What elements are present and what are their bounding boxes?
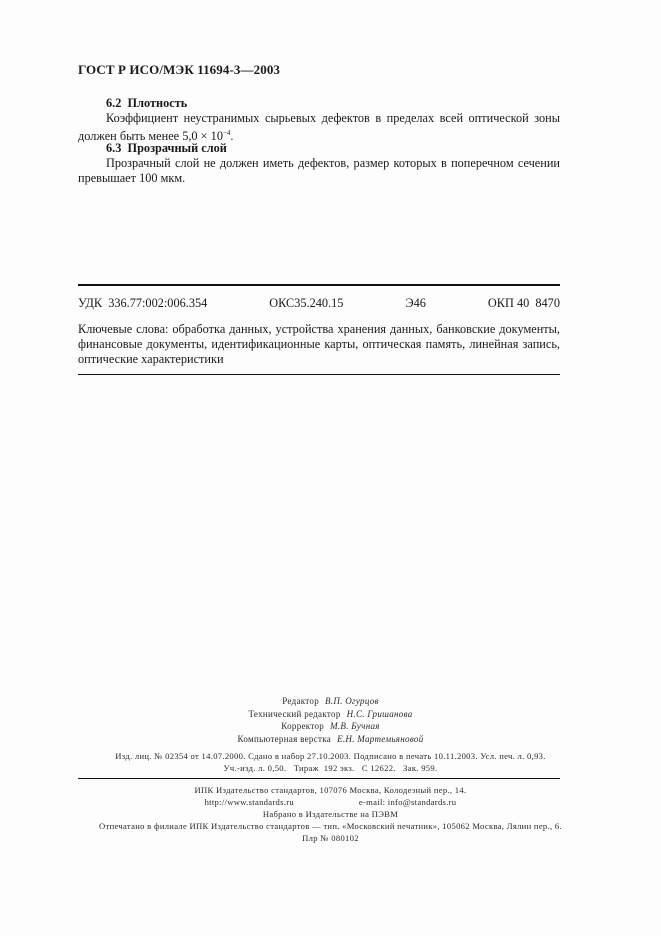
credit-role: Корректор (281, 721, 324, 731)
publisher-email[interactable]: e-mail: info@standards.ru (359, 797, 457, 807)
publisher-address: ИПК Издательство стандартов, 107076 Моск… (0, 784, 661, 796)
section-6-3-heading: 6.3 Прозрачный слой (78, 141, 560, 156)
udk-code: УДК 336.77:002:006.354 (78, 296, 207, 311)
credit-role: Редактор (282, 696, 319, 706)
oks-code: ОКС35.240.15 (269, 296, 343, 311)
publication-details: Изд. лиц. № 02354 от 14.07.2000. Сдано в… (0, 750, 661, 774)
credit-name: М.В. Бучная (330, 721, 380, 731)
publisher-url[interactable]: http://www.standards.ru (205, 797, 294, 807)
credit-name: Е.Н. Мартемьяновой (337, 734, 423, 744)
publisher-printed: Отпечатано в филиале ИПК Издательство ст… (0, 820, 661, 832)
publication-line-2: Уч.-изд. л. 0,50. Тираж 192 экз. С 12622… (0, 762, 661, 774)
divider-keywords (78, 374, 560, 375)
divider-imprint (78, 778, 560, 779)
e-code: Э46 (405, 296, 425, 311)
publisher-block: ИПК Издательство стандартов, 107076 Моск… (0, 784, 661, 844)
credit-name: Н.С. Гришанова (347, 709, 413, 719)
paragraph-text: Коэффициент неустранимых сырьевых дефект… (78, 111, 560, 143)
section-number: 6.3 (106, 141, 121, 155)
credit-editor: РедакторВ.П. Огурцов (0, 695, 661, 708)
section-6-2-paragraph: Коэффициент неустранимых сырьевых дефект… (78, 111, 560, 144)
classification-row: УДК 336.77:002:006.354 ОКС35.240.15 Э46 … (78, 296, 560, 311)
publisher-license: Плр № 080102 (0, 832, 661, 844)
section-6-2-heading: 6.2 Плотность (78, 96, 560, 111)
publisher-contacts: http://www.standards.ru e-mail: info@sta… (0, 796, 661, 808)
section-6-3-paragraph: Прозрачный слой не должен иметь дефектов… (78, 156, 560, 186)
okp-code: ОКП 40 8470 (488, 296, 560, 311)
credit-tech-editor: Технический редакторН.С. Гришанова (0, 708, 661, 721)
keywords: Ключевые слова: обработка данных, устрой… (78, 322, 560, 367)
credit-name: В.П. Огурцов (325, 696, 379, 706)
credit-role: Компьютерная верстка (237, 734, 331, 744)
credit-role: Технический редактор (248, 709, 340, 719)
divider-top (78, 284, 560, 286)
standard-number: ГОСТ Р ИСО/МЭК 11694-3—2003 (78, 62, 280, 78)
credits-block: РедакторВ.П. Огурцов Технический редакто… (0, 695, 661, 745)
section-number: 6.2 (106, 96, 121, 110)
credit-corrector: КорректорМ.В. Бучная (0, 720, 661, 733)
section-title: Плотность (128, 96, 188, 110)
credit-layout: Компьютерная версткаЕ.Н. Мартемьяновой (0, 733, 661, 746)
publication-line-1: Изд. лиц. № 02354 от 14.07.2000. Сдано в… (0, 750, 661, 762)
section-title: Прозрачный слой (128, 141, 227, 155)
publisher-typeset: Набрано в Издательстве на ПЭВМ (0, 808, 661, 820)
